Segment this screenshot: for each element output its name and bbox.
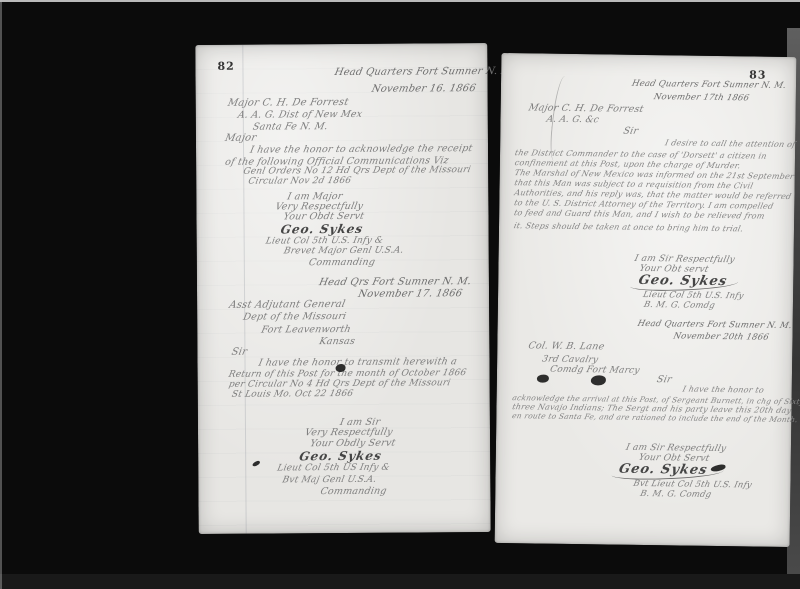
- handwritten-line: 3rd Cavalry: [541, 356, 599, 366]
- handwritten-line: Commanding: [319, 487, 387, 497]
- handwritten-line: Santa Fe N. M.: [252, 122, 329, 132]
- handwritten-line: Fort Leavenworth: [260, 325, 351, 335]
- handwritten-line: A. A. G. Dist of New Mex: [237, 110, 363, 120]
- page-number-82: 82: [217, 61, 234, 72]
- handwritten-line: B. M. G. Comdg: [643, 301, 716, 310]
- handwritten-line: Dept of the Missouri: [242, 312, 347, 322]
- handwritten-line: Major C. H. De Forrest: [227, 98, 350, 109]
- handwritten-line: I have the honor to transmit herewith a: [258, 357, 458, 368]
- handwritten-line: November 20th 1866: [672, 332, 769, 342]
- page-number-83: 83: [749, 69, 766, 80]
- handwritten-line: Brevet Major Genl U.S.A.: [283, 247, 404, 257]
- handwritten-line: A. A. G. &c: [545, 116, 599, 126]
- handwritten-line: November 17. 1866: [357, 289, 463, 300]
- handwritten-line: Sir: [622, 127, 639, 137]
- handwritten-line: Asst Adjutant General: [228, 300, 346, 311]
- handwritten-line: I desire to call the attention of: [664, 139, 796, 149]
- handwritten-line: Your Obdt Servt: [283, 212, 365, 222]
- ink-blot: [591, 375, 606, 385]
- handwritten-line: Commanding: [308, 258, 376, 268]
- signature: Geo. Sykes: [280, 223, 365, 236]
- handwritten-line: November 17th 1866: [653, 93, 750, 103]
- handwritten-line: B. M. G. Comdg: [639, 490, 712, 499]
- handwritten-line: Genl Orders No 12 Hd Qrs Dept of the Mis…: [242, 166, 471, 177]
- handwritten-line: Circular Nov 2d 1866: [247, 177, 352, 187]
- handwritten-line: Sir: [656, 375, 673, 385]
- signature-flourish: [611, 465, 723, 480]
- handwritten-line: Major: [224, 134, 257, 144]
- handwritten-line: Comdg Fort Marcy: [549, 366, 640, 376]
- handwritten-line: Col. W. B. Lane: [527, 341, 605, 352]
- handwritten-line: St Louis Mo. Oct 22 1866: [231, 390, 354, 400]
- handwritten-line: Head Quarters Fort Sumner N. M.: [637, 320, 793, 331]
- handwritten-line: Kansas: [318, 337, 355, 347]
- signature: Geo. Sykes: [298, 450, 383, 463]
- ink-blot: [336, 364, 346, 372]
- handwritten-line: it. Steps should be taken at once to bri…: [513, 222, 744, 233]
- handwritten-line: Your Obdly Servt: [309, 439, 396, 449]
- handwritten-line: Head Qrs Fort Sumner N. M.: [318, 277, 472, 288]
- handwritten-line: Very Respectfully: [304, 428, 393, 438]
- microfilm-frame: 82 Head Quarters Fort Sumner N. M. Novem…: [0, 0, 800, 589]
- handwritten-line: I have the honor to: [682, 386, 765, 395]
- handwritten-line: I have the honor to acknowledge the rece…: [249, 144, 473, 155]
- film-bottom-band: [0, 574, 800, 589]
- handwritten-line: Head Quarters Fort Sumner N. M.: [334, 67, 516, 78]
- right-page: 83 Head Quarters Fort Sumner N. M. Novem…: [495, 53, 797, 547]
- handwritten-line: November 16. 1866: [371, 84, 477, 95]
- handwritten-line: Head Quarters Fort Sumner N. M.: [631, 80, 787, 91]
- left-page: 82 Head Quarters Fort Sumner N. M. Novem…: [195, 43, 490, 534]
- ink-blot: [537, 374, 549, 382]
- ink-mark: [252, 460, 261, 467]
- handwritten-line: to feed and Guard this Man, and I wish t…: [513, 209, 765, 220]
- handwritten-line: Lieut Col 5th US Infy &: [276, 464, 390, 474]
- handwritten-line: en route to Santa Fe, and are rationed t…: [511, 412, 798, 423]
- handwritten-line: Bvt Maj Genl U.S.A.: [281, 476, 377, 486]
- handwritten-line: Sir: [230, 348, 247, 358]
- handwritten-line: Major C. H. De Forrest: [528, 103, 645, 114]
